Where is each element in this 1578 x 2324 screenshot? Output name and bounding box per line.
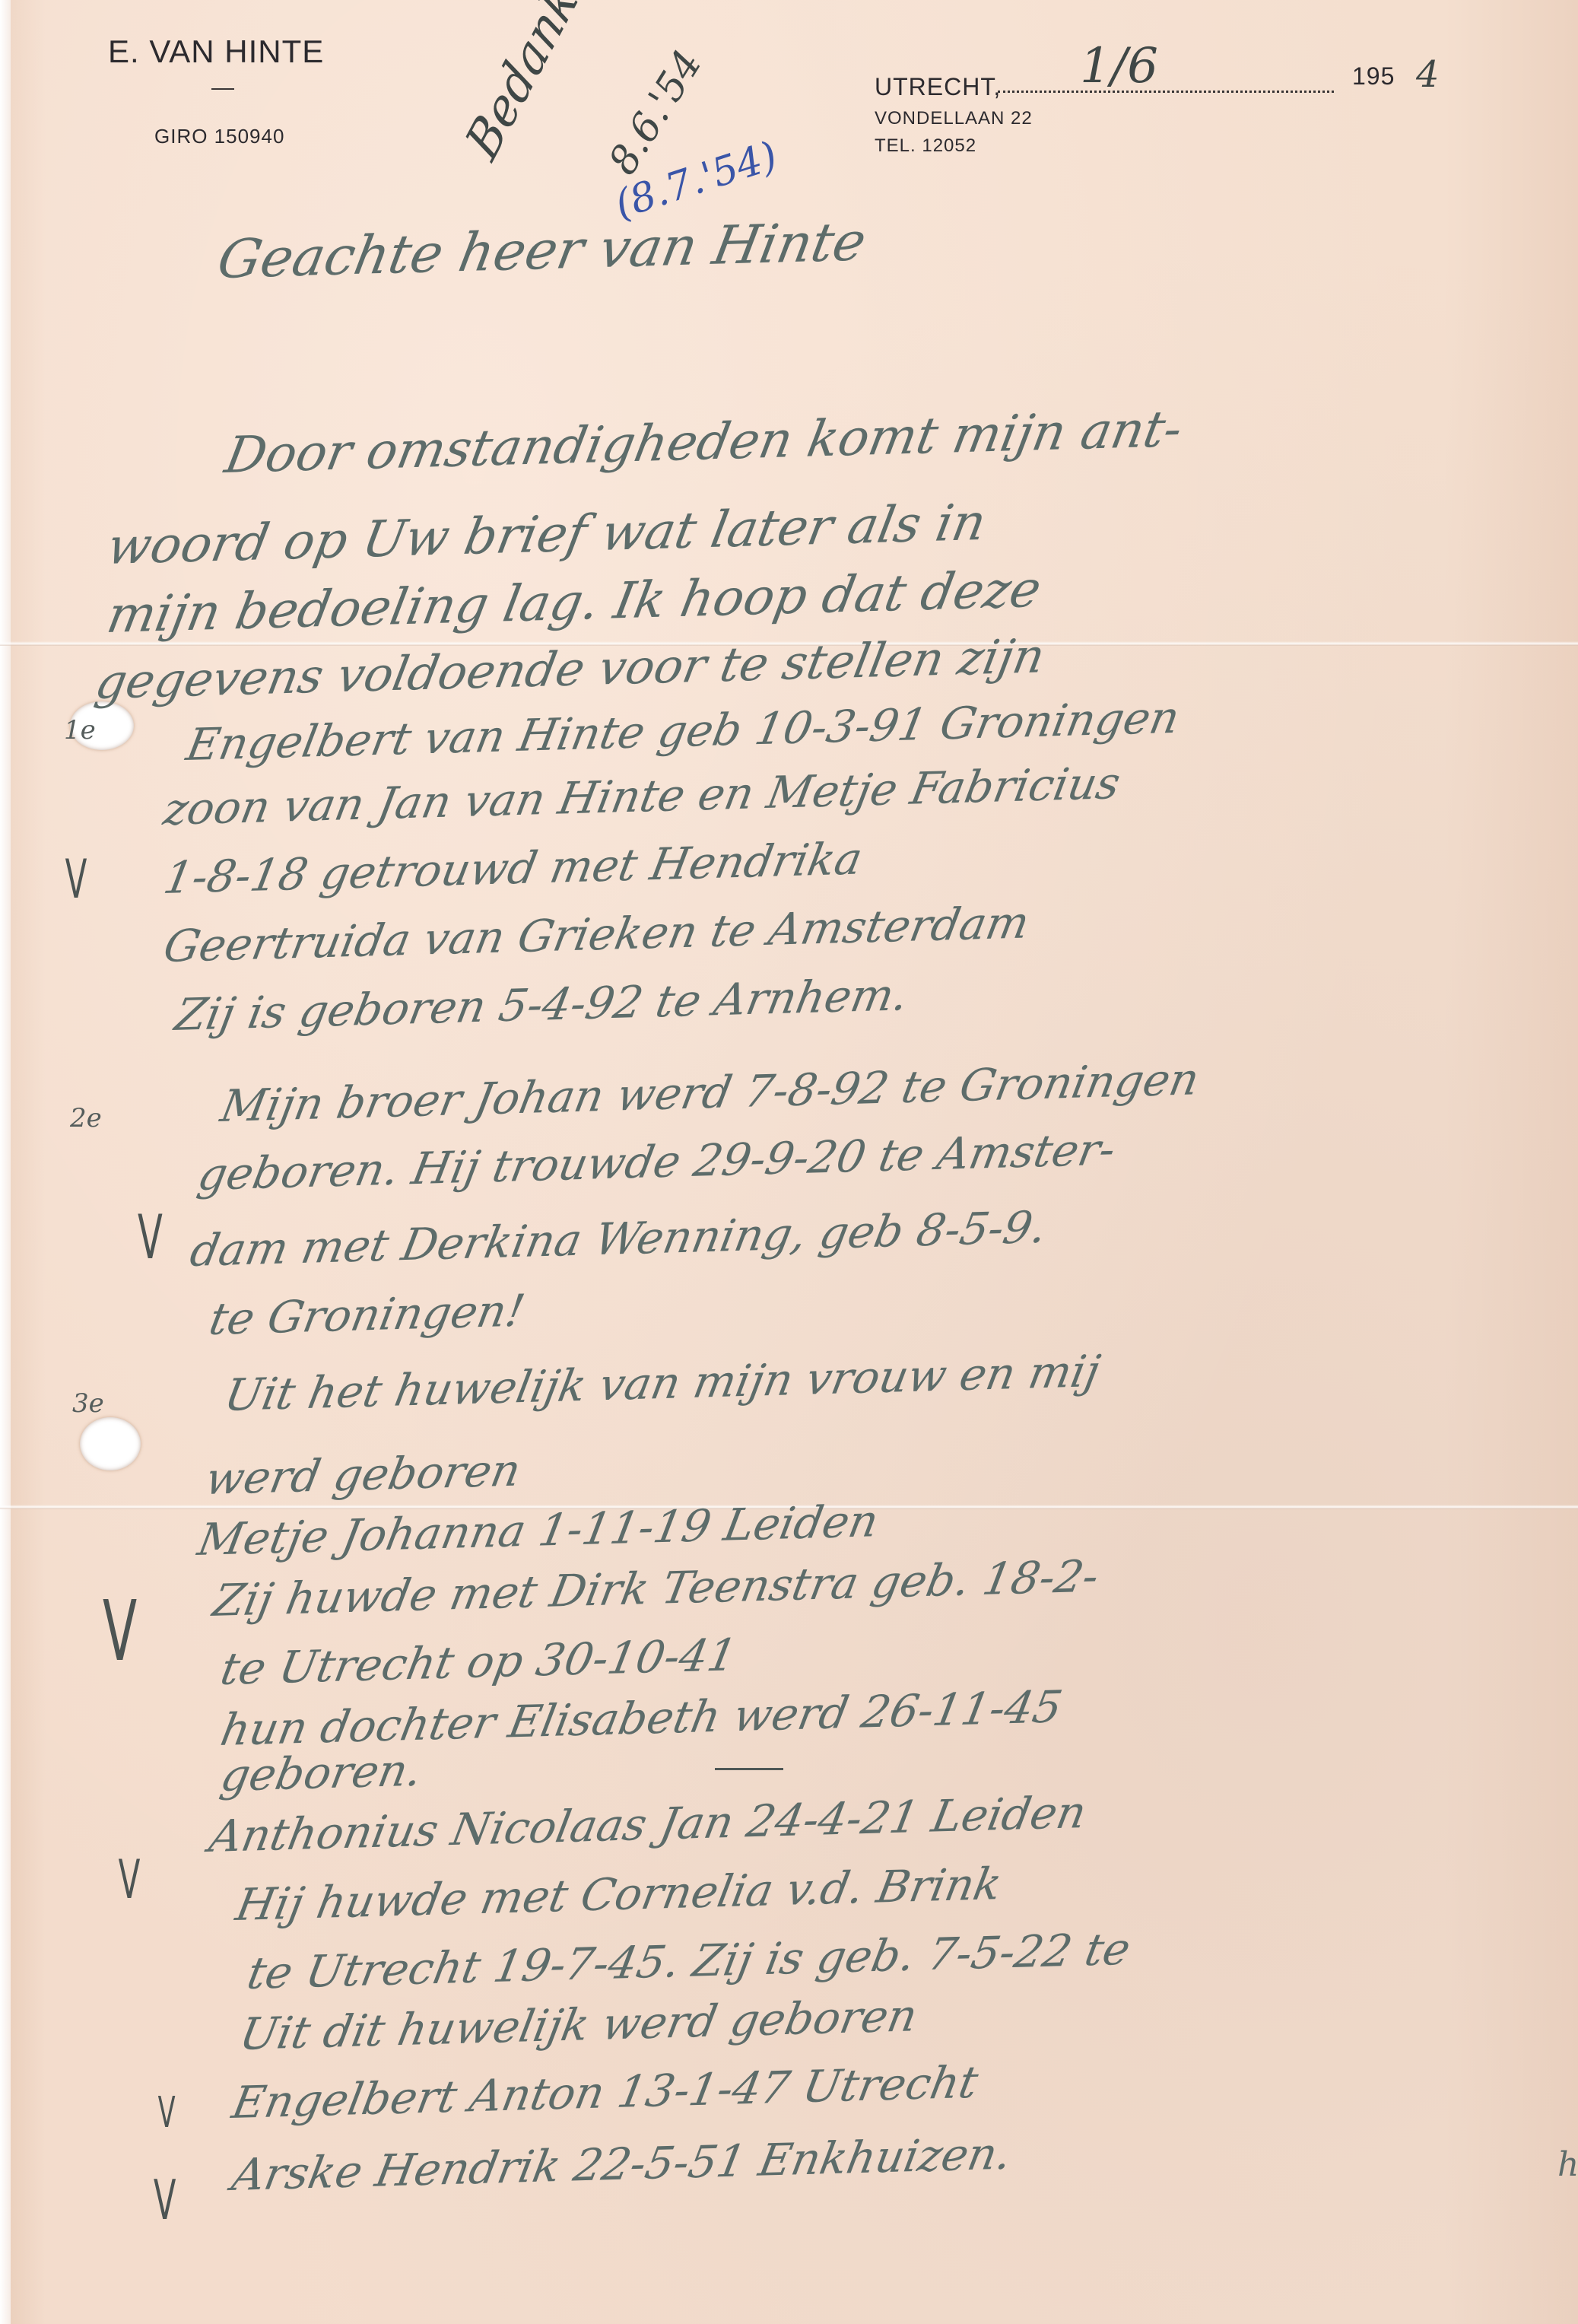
section-marker-3: 3e (72, 1388, 104, 1419)
child-2-line-2: Hij huwde met Cornelia v.d. Brink (232, 1858, 1005, 1931)
page-mark: h (1557, 2145, 1578, 2184)
section-2-line-2: geboren. Hij trouwde 29-9-20 te Amster- (194, 1124, 1119, 1200)
child-1-line-4: hun dochter Elisabeth werd 26-11-45 (217, 1680, 1066, 1756)
section-1-line-4: Geertruida van Grieken te Amsterdam (160, 896, 1033, 972)
grandchild-2: Arske Hendrik 22-5-51 Enkhuizen. (228, 2128, 1016, 2201)
letterhead-name: E. VAN HINTE (108, 33, 324, 70)
child-2-line-3: te Utrecht 19-7-45. Zij is geb. 7-5-22 t… (243, 1923, 1135, 1999)
letterhead-divider (211, 88, 234, 90)
section-separator (715, 1768, 783, 1770)
letter-date: 1/6 (1080, 38, 1158, 94)
child-1-line-2: Zij huwde met Dirk Teenstra geb. 18-2- (209, 1550, 1103, 1626)
opening-line-1: Door omstandigheden komt mijn ant- (221, 399, 1187, 485)
date-dotted-line (998, 91, 1334, 93)
child-2-line-4: Uit dit huwelijk werd geboren (236, 1989, 922, 2060)
section-2-line-4: te Groningen! (205, 1285, 529, 1345)
section-1-line-5: Zij is geboren 5-4-92 te Arnhem. (171, 968, 913, 1041)
letterhead-giro: GIRO 150940 (154, 125, 284, 148)
letterhead-phone: TEL. 12052 (875, 135, 976, 157)
section-1-line-2: zoon van Jan van Hinte en Metje Fabriciu… (160, 757, 1124, 835)
check-mark-icon: V (103, 1582, 137, 1680)
check-mark-icon: V (154, 2168, 176, 2232)
opening-line-2: woord op Uw brief wat later als in (103, 493, 991, 576)
check-mark-icon: V (138, 1202, 163, 1273)
section-marker-2: 2e (70, 1103, 102, 1133)
letter-year-suffix: 4 (1416, 53, 1440, 96)
child-1-line-5: geboren. (217, 1744, 426, 1801)
letterhead-address: VONDELLAAN 22 (875, 108, 1033, 129)
section-2-line-3: dam met Derkina Wenning, geb 8-5-9. (186, 1201, 1051, 1276)
answered-note: Bedankt (456, 0, 598, 170)
salutation: Geachte heer van Hinte (213, 210, 871, 291)
child-1-line-3: te Utrecht op 30-10-41 (217, 1629, 741, 1695)
punch-hole-lower (80, 1417, 141, 1470)
check-mark-icon: V (158, 2088, 176, 2138)
section-1-line-3: 1-8-18 getrouwd met Hendrika (160, 833, 866, 904)
section-3-line-2: werd geboren (202, 1445, 525, 1505)
letterhead-year-prefix: 195 (1352, 62, 1395, 91)
section-3-line-1: Uit het huwelijk van mijn vrouw en mij (221, 1345, 1104, 1421)
section-marker-1: 1e (64, 715, 96, 746)
section-1-line-1: Engelbert van Hinte geb 10-3-91 Groninge… (183, 691, 1183, 771)
grandchild-1: Engelbert Anton 13-1-47 Utrecht (228, 2056, 982, 2128)
check-mark-icon: V (65, 848, 87, 911)
paper-edge (0, 0, 11, 2324)
section-2-line-1: Mijn broer Johan werd 7-8-92 te Groninge… (217, 1053, 1203, 1132)
letterhead-city: UTRECHT, (875, 73, 1001, 101)
check-mark-icon: V (119, 1849, 141, 1911)
